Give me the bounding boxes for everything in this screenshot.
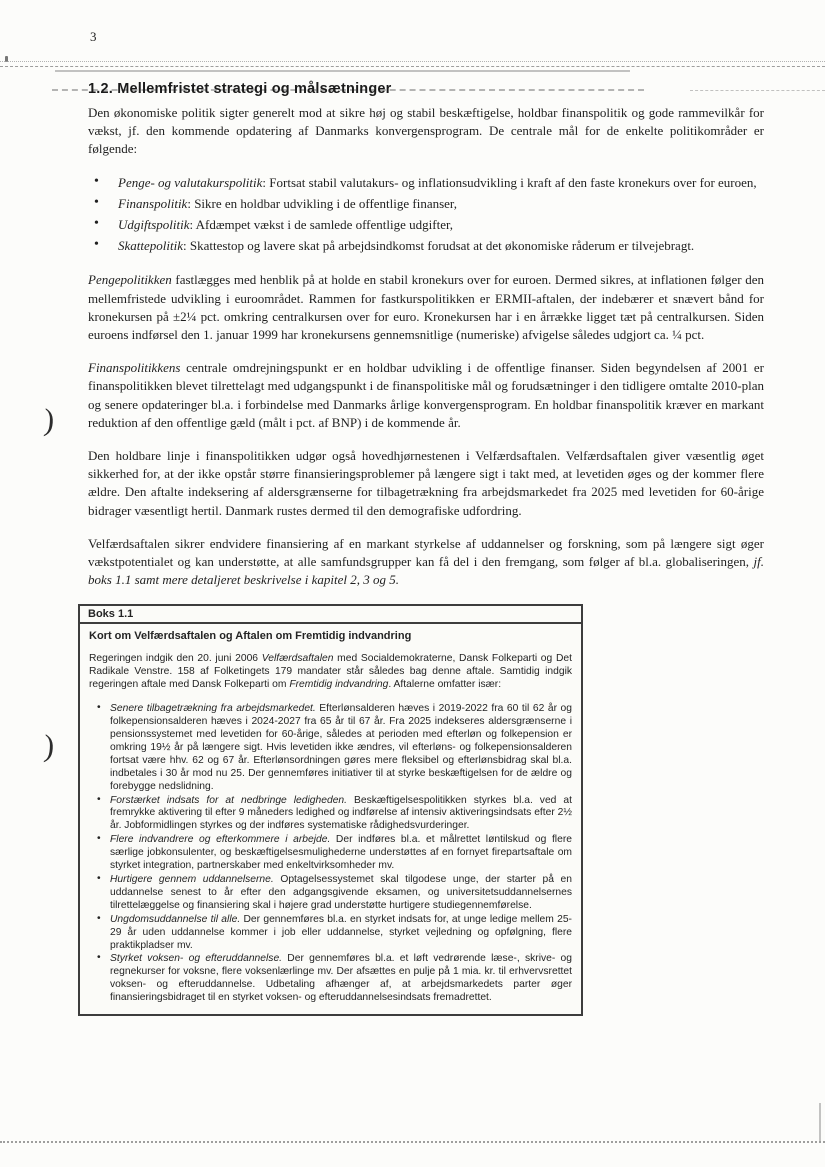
goal-item: Udgiftspolitik: Afdæmpet vækst i de saml… xyxy=(118,216,764,234)
goal-item: Penge- og valutakurspolitik: Fortsat sta… xyxy=(118,174,764,192)
box-bullet-text: Efterlønsalderen hæves i 2019-2022 fra 6… xyxy=(110,703,572,791)
box-intro-text: Regeringen indgik den 20. juni 2006 xyxy=(89,653,262,664)
paragraph-text: centrale omdrejningspunkt er en holdbar … xyxy=(88,360,764,430)
paragraph-text: fastlægges med henblik på at holde en st… xyxy=(88,272,764,342)
paragraph-lead: Pengepolitikken xyxy=(88,272,172,287)
section-heading: 1.2. Mellemfristet strategi og målsætnin… xyxy=(88,81,764,97)
goal-lead: Penge- og valutakurspolitik xyxy=(118,175,262,190)
box-body: Kort om Velfærdsaftalen og Aftalen om Fr… xyxy=(80,624,581,1014)
paragraph-velfaerdsaftale: Velfærdsaftalen sikrer endvidere finansi… xyxy=(88,535,764,590)
box-bullet-lead: Forstærket indsats for at nedbringe ledi… xyxy=(110,795,347,806)
scan-artifact-line xyxy=(819,1103,821,1141)
goal-text: : Afdæmpet vækst i de samlede offentlige… xyxy=(190,217,454,232)
goal-lead: Skattepolitik xyxy=(118,238,183,253)
box-intro-agreement-name: Fremtidig indvandring xyxy=(289,679,388,690)
paragraph-lead: Finanspolitikkens xyxy=(88,360,180,375)
scan-speck xyxy=(5,56,8,62)
goal-lead: Udgiftspolitik xyxy=(118,217,190,232)
scanned-document-page: 3 ) ) 1.2. Mellemfristet strategi og mål… xyxy=(0,0,825,1167)
box-bullet-item: Styrket voksen- og efteruddannelse. Der … xyxy=(110,953,572,1005)
box-bullet-lead: Flere indvandrere og efterkommere i arbe… xyxy=(110,834,330,845)
goal-text: : Fortsat stabil valutakurs- og inflatio… xyxy=(262,175,756,190)
box-bullet-item: Ungdomsuddannelse til alle. Der gennemfø… xyxy=(110,914,572,953)
box-intro-paragraph: Regeringen indgik den 20. juni 2006 Velf… xyxy=(89,653,572,692)
goal-text: : Skattestop og lavere skat på arbejdsin… xyxy=(183,238,694,253)
main-content: 1.2. Mellemfristet strategi og målsætnin… xyxy=(88,81,764,1016)
goal-item: Skattepolitik: Skattestop og lavere skat… xyxy=(118,237,764,255)
box-bullet-item: Flere indvandrere og efterkommere i arbe… xyxy=(110,834,572,873)
scan-artifact-line xyxy=(0,1141,825,1143)
scan-artifact-line xyxy=(0,61,825,62)
box-label: Boks 1.1 xyxy=(80,606,581,624)
intro-paragraph: Den økonomiske politik sigter generelt m… xyxy=(88,104,764,159)
margin-mark: ) xyxy=(43,404,55,436)
box-bullet-lead: Senere tilbagetrækning fra arbejdsmarked… xyxy=(110,703,316,714)
goal-text: : Sikre en holdbar udvikling i de offent… xyxy=(187,196,457,211)
paragraph-pengepolitik: Pengepolitikken fastlægges med henblik p… xyxy=(88,271,764,344)
box-bullet-item: Senere tilbagetrækning fra arbejdsmarked… xyxy=(110,703,572,793)
box-title: Kort om Velfærdsaftalen og Aftalen om Fr… xyxy=(89,630,572,642)
policy-goals-list: Penge- og valutakurspolitik: Fortsat sta… xyxy=(88,174,764,256)
box-intro-agreement-name: Velfærdsaftalen xyxy=(262,653,334,664)
scan-artifact-line xyxy=(55,70,630,72)
scan-artifact-line xyxy=(0,66,825,67)
box-bullet-item: Hurtigere gennem uddannelserne. Optagels… xyxy=(110,874,572,913)
box-intro-text: . Aftalerne omfatter især: xyxy=(388,679,501,690)
paragraph-text: Velfærdsaftalen sikrer endvidere finansi… xyxy=(88,536,764,569)
box-bullet-list: Senere tilbagetrækning fra arbejdsmarked… xyxy=(89,703,572,1005)
margin-mark: ) xyxy=(43,730,55,762)
box-1-1: Boks 1.1 Kort om Velfærdsaftalen og Afta… xyxy=(78,604,583,1016)
box-bullet-item: Forstærket indsats for at nedbringe ledi… xyxy=(110,795,572,834)
box-bullet-lead: Hurtigere gennem uddannelserne. xyxy=(110,874,274,885)
goal-lead: Finanspolitik xyxy=(118,196,187,211)
box-bullet-lead: Ungdomsuddannelse til alle. xyxy=(110,914,240,925)
page-number: 3 xyxy=(90,29,97,45)
paragraph-finanspolitik: Finanspolitikkens centrale omdrejningspu… xyxy=(88,359,764,432)
paragraph-holdbar-linje: Den holdbare linje i finanspolitikken ud… xyxy=(88,447,764,520)
goal-item: Finanspolitik: Sikre en holdbar udviklin… xyxy=(118,195,764,213)
box-bullet-lead: Styrket voksen- og efteruddannelse. xyxy=(110,953,282,964)
